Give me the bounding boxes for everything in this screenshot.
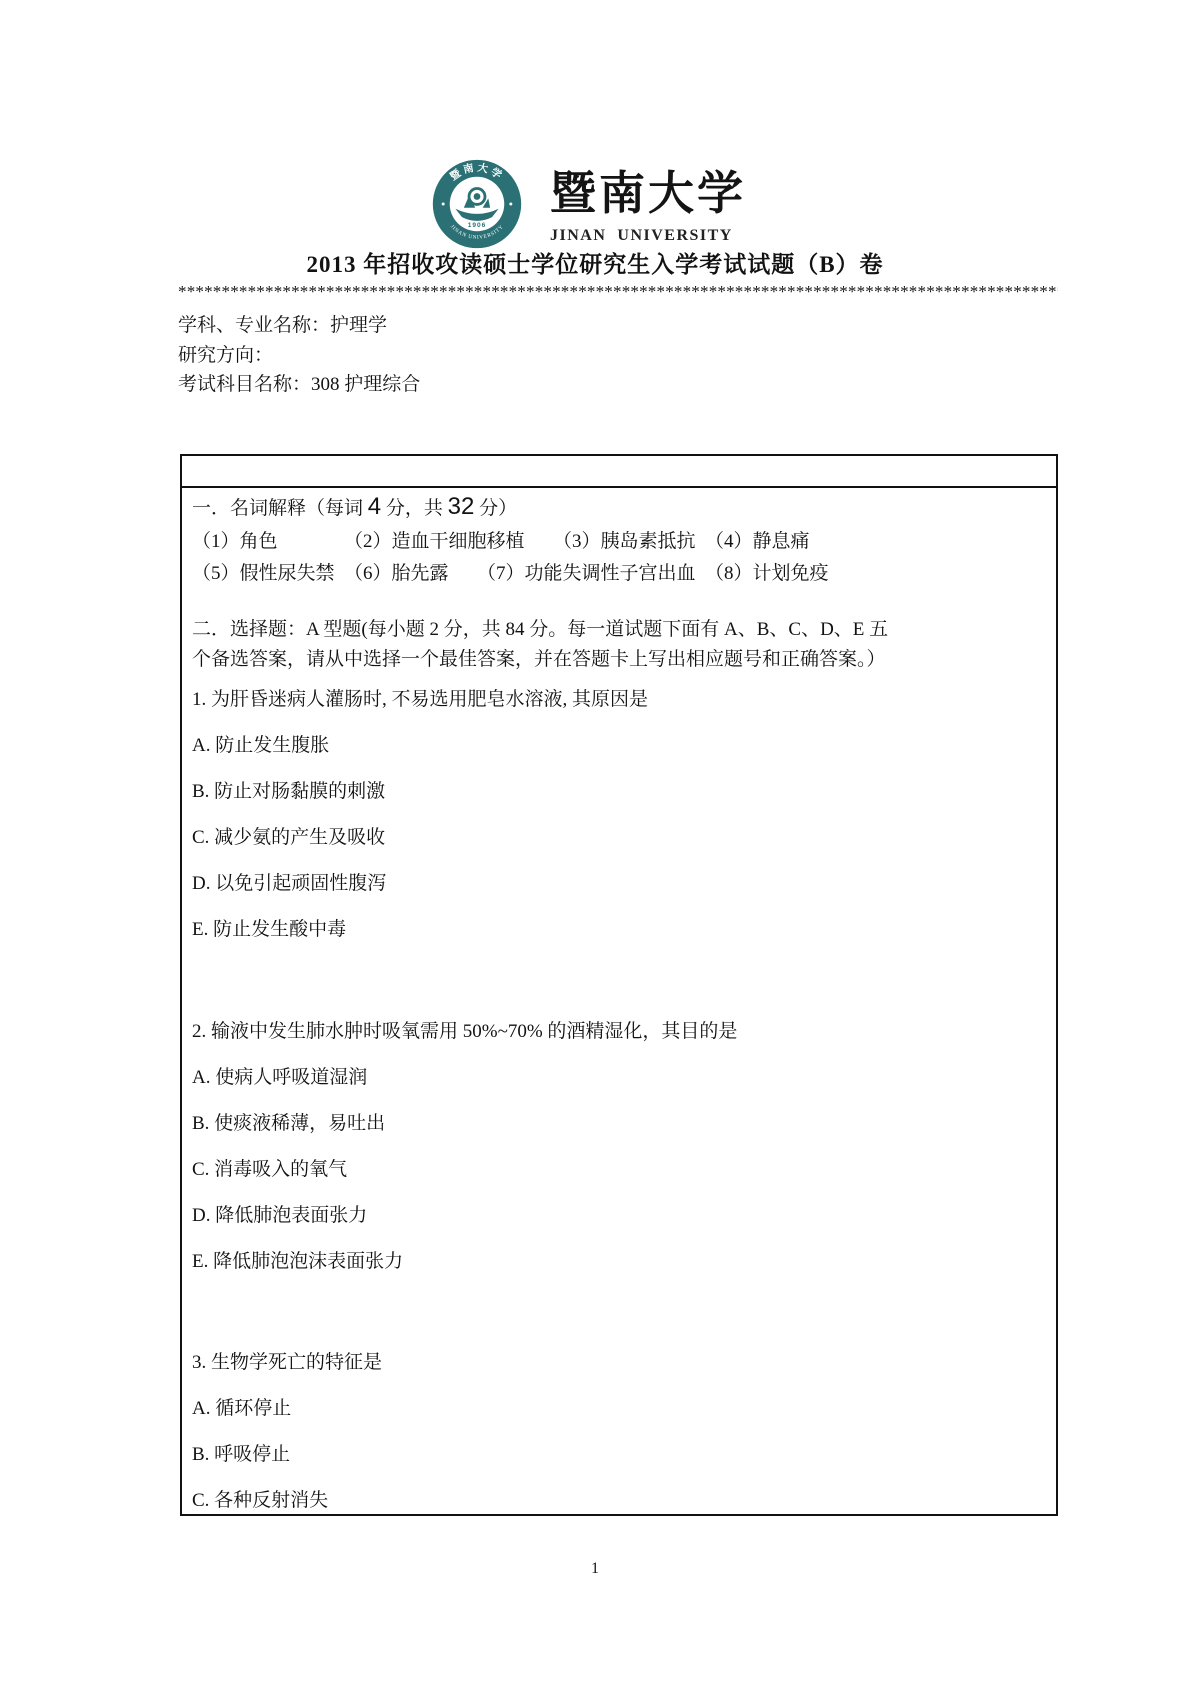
university-seal-icon: 1906 暨南大学 JINAN UNIVERSITY bbox=[430, 157, 524, 251]
page-number: 1 bbox=[0, 1560, 1190, 1578]
question-1-option-d: D. 以免引起顽固性腹泻 bbox=[192, 871, 1046, 897]
svg-text:1906: 1906 bbox=[468, 222, 486, 229]
question-2-stem: 2. 输液中发生肺水肿时吸氧需用 50%~70% 的酒精湿化，其目的是 bbox=[192, 1019, 1046, 1045]
section1-heading: 一．名词解释（每词 4 分，共 32 分） bbox=[192, 494, 1046, 522]
logo-wordmark: 暨南大学 JINAN UNIVERSITY bbox=[550, 163, 746, 245]
question-2-option-b: B. 使痰液稀薄，易吐出 bbox=[192, 1111, 1046, 1137]
question-2-option-c: C. 消毒吸入的氧气 bbox=[192, 1157, 1046, 1183]
question-3-option-c: C. 各种反射消失 bbox=[192, 1488, 1046, 1514]
question-2-option-e: E. 降低肺泡泡沫表面张力 bbox=[192, 1249, 1046, 1275]
term-line-1: （1）角色 （2）造血干细胞移植 （3）胰岛素抵抗 （4）静息痛 bbox=[192, 529, 1046, 555]
question-1-stem: 1. 为肝昏迷病人灌肠时, 不易选用肥皂水溶液, 其原因是 bbox=[192, 687, 1046, 713]
question-2-option-d: D. 降低肺泡表面张力 bbox=[192, 1203, 1046, 1229]
divider-line: ****************************************… bbox=[178, 282, 1058, 304]
question-3-option-a: A. 循环停止 bbox=[192, 1396, 1046, 1422]
section2-heading-line2: 个备选答案，请从中选择一个最佳答案，并在答题卡上写出相应题号和正确答案。） bbox=[192, 647, 1046, 673]
question-1-option-e: E. 防止发生酸中毒 bbox=[192, 917, 1046, 943]
meta-major-line: 学科、专业名称：护理学 bbox=[178, 310, 387, 337]
question-3-option-b: B. 呼吸停止 bbox=[192, 1442, 1046, 1468]
logo-name-english: JINAN UNIVERSITY bbox=[550, 227, 746, 245]
meta-subject-line: 考试科目名称：308 护理综合 bbox=[178, 369, 420, 396]
question-1-option-a: A. 防止发生腹胀 bbox=[192, 733, 1046, 759]
question-3-stem: 3. 生物学死亡的特征是 bbox=[192, 1350, 1046, 1376]
notice-box: 考生注意：所有答案必须写在答题纸（卷）上，写在本试题上一律不给分。 bbox=[180, 454, 1058, 488]
question-1-option-b: B. 防止对肠黏膜的刺激 bbox=[192, 779, 1046, 805]
term-line-2: （5）假性尿失禁 （6）胎先露 （7）功能失调性子宫出血 （8）计划免疫 bbox=[192, 561, 1046, 587]
exam-paper-page: 1906 暨南大学 JINAN UNIVERSITY 暨南大学 JINAN UN… bbox=[0, 0, 1190, 1683]
university-logo: 1906 暨南大学 JINAN UNIVERSITY 暨南大学 JINAN UN… bbox=[430, 157, 746, 251]
section2-heading-line1: 二．选择题：A 型题(每小题 2 分，共 84 分。每一道试题下面有 A、B、C… bbox=[192, 617, 1046, 643]
logo-name-chinese: 暨南大学 bbox=[550, 163, 746, 225]
exam-body-box: 一．名词解释（每词 4 分，共 32 分） （1）角色 （2）造血干细胞移植 （… bbox=[180, 488, 1058, 1516]
question-2-option-a: A. 使病人呼吸道湿润 bbox=[192, 1065, 1046, 1091]
exam-title: 2013 年招收攻读硕士学位研究生入学考试试题（B）卷 bbox=[0, 246, 1190, 279]
points-total: 32 bbox=[448, 493, 475, 520]
points-each: 4 bbox=[368, 493, 381, 520]
meta-direction-line: 研究方向： bbox=[178, 340, 273, 367]
question-1-option-c: C. 减少氨的产生及吸收 bbox=[192, 825, 1046, 851]
